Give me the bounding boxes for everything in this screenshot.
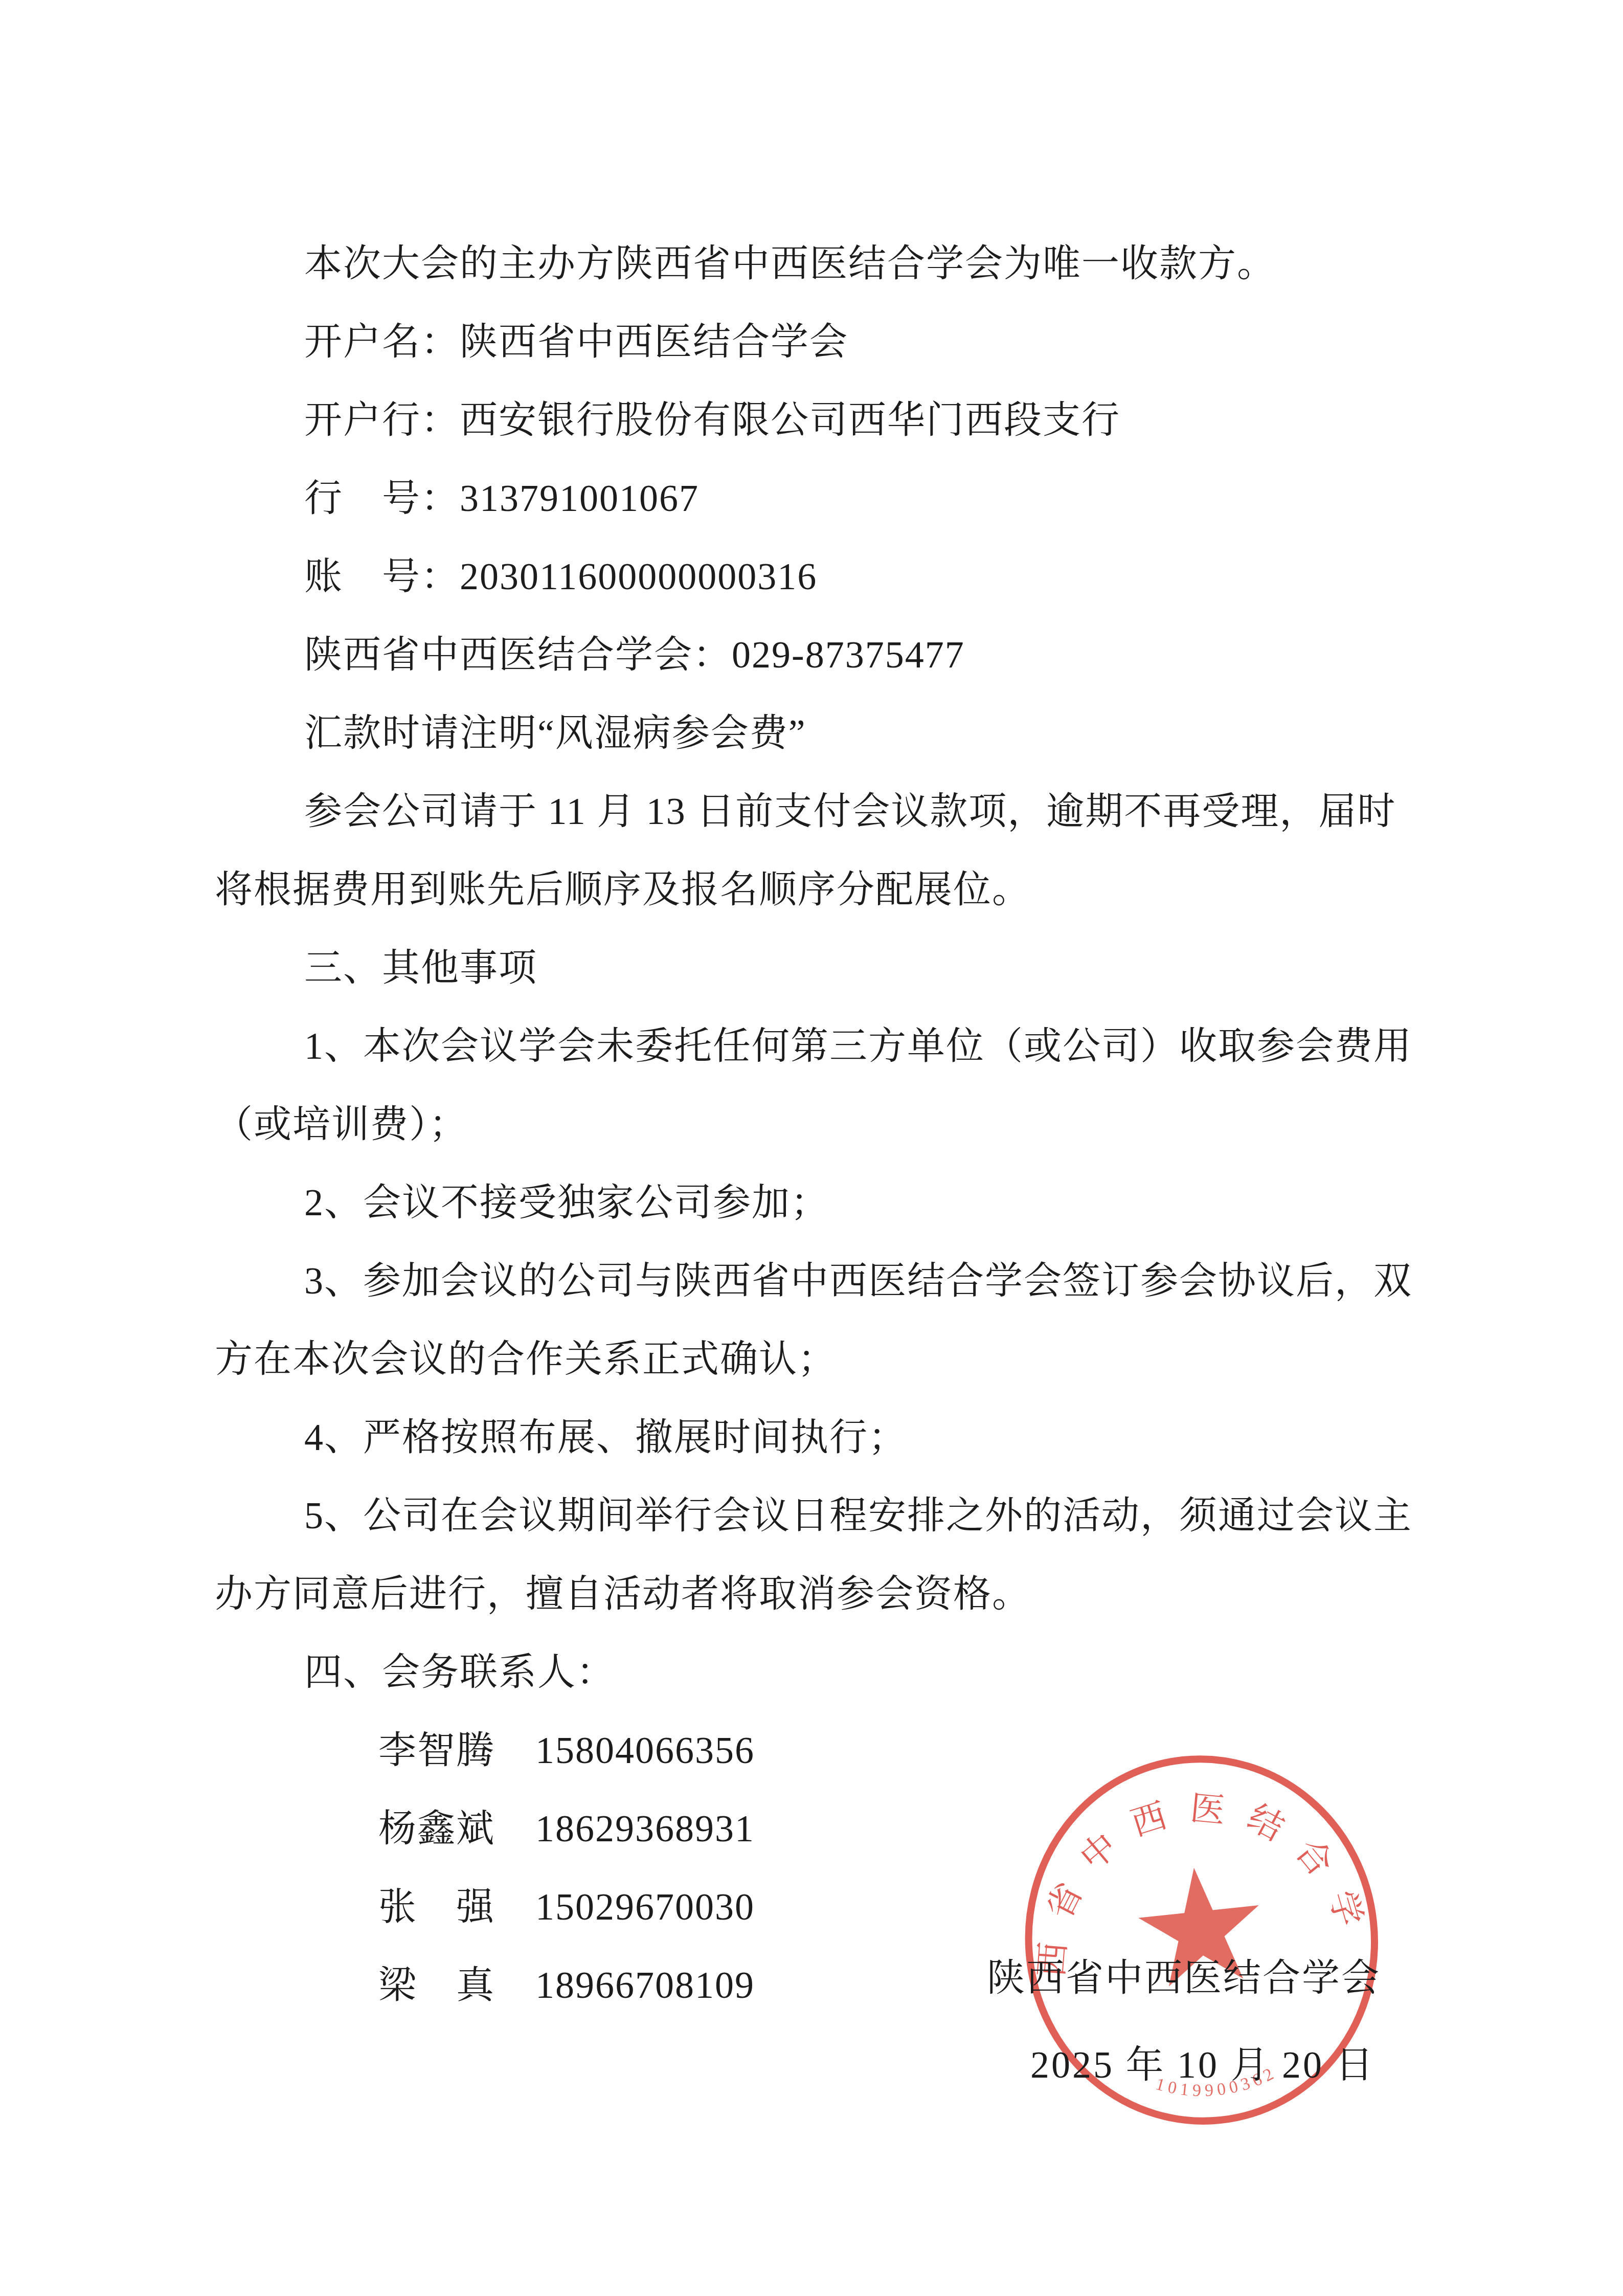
- line-remit-note: 汇款时请注明“风湿病参会费”: [215, 695, 1406, 773]
- signature-org-name: 陕西省中西医结合学会: [987, 1948, 1381, 2002]
- line-item5-b: 办方同意后进行，擅自活动者将取消参会资格。: [215, 1555, 1406, 1634]
- contact-name: 李智腾: [378, 1712, 497, 1790]
- contact-name: 梁 真: [378, 1947, 497, 2025]
- line-sole-payee: 本次大会的主办方陕西省中西医结合学会为唯一收款方。: [215, 225, 1406, 303]
- contact-name: 杨鑫斌: [378, 1790, 497, 1868]
- line-bank-number: 行 号：313791001067: [215, 460, 1406, 538]
- line-item3-b: 方在本次会议的合作关系正式确认；: [215, 1321, 1406, 1399]
- line-association-phone: 陕西省中西医结合学会：029-87375477: [215, 616, 1406, 695]
- line-account-number: 账 号：203011600000000316: [215, 538, 1406, 616]
- contact-phone: 18629368931: [535, 1790, 755, 1868]
- line-item1-a: 1、本次会议学会未委托任何第三方单位（或公司）收取参会费用: [215, 1008, 1406, 1086]
- line-deadline-1: 参会公司请于 11 月 13 日前支付会议款项，逾期不再受理，届时: [215, 773, 1406, 851]
- line-item5-a: 5、公司在会议期间举行会议日程安排之外的活动，须通过会议主: [215, 1477, 1406, 1555]
- line-section4-title: 四、会务联系人：: [215, 1634, 1406, 1712]
- line-item2: 2、会议不接受独家公司参加；: [215, 1164, 1406, 1242]
- line-deadline-2: 将根据费用到账先后顺序及报名顺序分配展位。: [215, 851, 1406, 929]
- contact-phone: 18966708109: [535, 1947, 755, 2025]
- official-seal: 陕西省中西医结合学会 1019900362: [1001, 1729, 1403, 2153]
- line-section3-title: 三、其他事项: [215, 929, 1406, 1008]
- contact-name: 张 强: [378, 1868, 497, 1947]
- contact-phone: 15029670030: [535, 1868, 755, 1947]
- contact-phone: 15804066356: [535, 1712, 755, 1790]
- line-account-name: 开户名：陕西省中西医结合学会: [215, 303, 1406, 382]
- line-item1-b: （或培训费）；: [215, 1086, 1406, 1164]
- document-page: 本次大会的主办方陕西省中西医结合学会为唯一收款方。 开户名：陕西省中西医结合学会…: [0, 0, 1623, 2296]
- line-item3-a: 3、参加会议的公司与陕西省中西医结合学会签订参会协议后，双: [215, 1242, 1406, 1321]
- line-bank-name: 开户行：西安银行股份有限公司西华门西段支行: [215, 382, 1406, 460]
- signature-date: 2025 年 10 月 20 日: [1030, 2035, 1376, 2089]
- line-item4: 4、严格按照布展、撤展时间执行；: [215, 1399, 1406, 1477]
